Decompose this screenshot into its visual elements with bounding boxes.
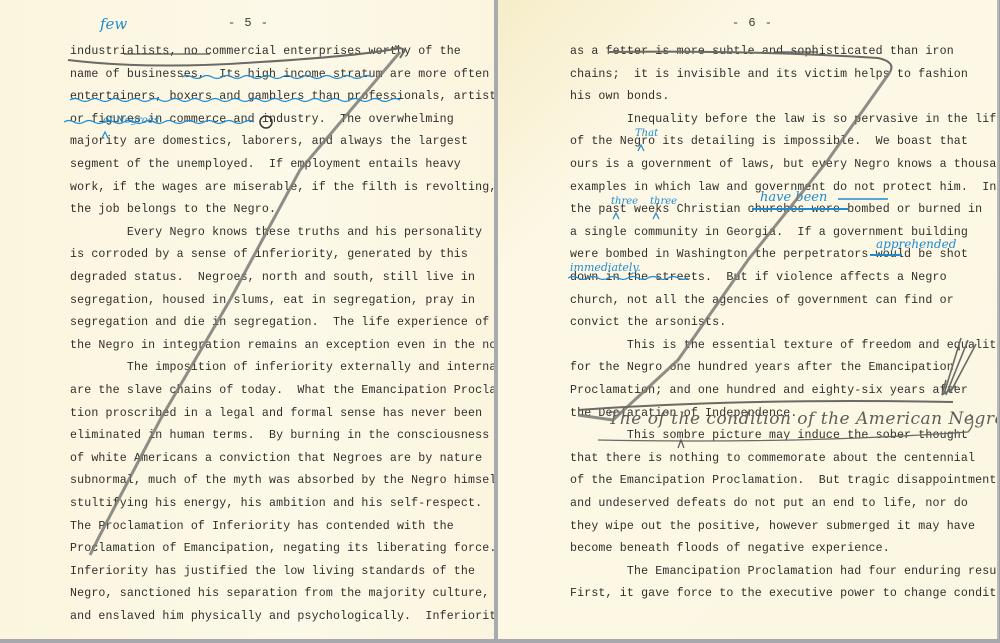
typed-line: that there is nothing to commemorate abo… [570,452,975,466]
typed-line: convict the arsonists. [570,316,726,330]
typed-line: Proclamation of Emancipation, negating i… [70,542,494,556]
typed-line: and enslaved him physically and psycholo… [70,610,494,624]
typed-line: The imposition of inferiority externally… [70,361,494,375]
typed-line: degraded status. Negroes, north and sout… [70,271,475,285]
typed-line: are the slave chains of today. What the … [70,384,494,398]
typed-line: The Proclamation of Inferiority has cont… [70,520,454,534]
typed-line: and undeserved defeats do not put an end… [570,497,968,511]
typed-line: First, it gave force to the executive po… [570,587,997,601]
page-6: - 6 - as a fetter is more subtle and sop… [498,0,997,639]
page-5: - 5 - industrialists, no commercial ente… [0,0,494,639]
typed-line: Negro, sanctioned his separation from th… [70,587,489,601]
typed-line: become beneath floods of negative experi… [570,542,890,556]
typed-line: of the Negro its detailing is impossible… [570,135,968,149]
typed-line: tion proscribed in a legal and formal se… [70,407,482,421]
page-shadow [0,639,1000,643]
typed-line: segregation, housed in slums, eat in seg… [70,294,475,308]
typed-line: church, not all the agencies of governme… [570,294,954,308]
typed-line: as a fetter is more subtle and sophistic… [570,45,954,59]
typed-line: for the Negro one hundred years after th… [570,361,954,375]
typed-line: segment of the unemployed. If employment… [70,158,461,172]
typed-line: Proclamation; and one hundred and eighty… [570,384,968,398]
typed-line: of white Americans a conviction that Neg… [70,452,482,466]
typed-line: the job belongs to the Negro. [70,203,276,217]
typed-line: Inequality before the law is so pervasiv… [570,113,997,127]
typed-line: This sombre picture may induce the sober… [570,429,968,443]
handwritten-insertion-few: few [100,18,127,30]
typed-line: eliminated in human terms. By burning in… [70,429,489,443]
typed-line: chains; it is invisible and its victim h… [570,68,968,82]
typed-line: the Negro in integration remains an exce… [70,339,494,353]
typed-line: name of businesses, Its high income stra… [70,68,489,82]
typed-line: entertainers, boxers and gamblers than p… [70,90,494,104]
typed-line: ours is a government of laws, but every … [570,158,997,172]
typed-line: his own bonds. [570,90,670,104]
typed-line: industrialists, no commercial enterprise… [70,45,461,59]
typed-line: subnormal, much of the myth was absorbed… [70,474,494,488]
handwritten-insertion-that: That [635,128,658,140]
handwritten-insertion-of-negroes: of Negroes [103,115,159,127]
handwritten-insertion-three: three [650,196,677,208]
page-number: - 5 - [228,16,269,30]
handwritten-insertion-have-been: have been [760,192,827,204]
page-number: - 6 - [732,16,773,30]
typed-line: Every Negro knows these truths and his p… [70,226,482,240]
pencil-insertion-american-negro-today: The of the condition of the American Neg… [608,413,997,425]
typed-line: This is the essential texture of freedom… [570,339,997,353]
typed-line: they wipe out the positive, however subm… [570,520,975,534]
typed-line: is corroded by a sense of inferiority, g… [70,248,468,262]
typed-line: work, if the wages are miserable, if the… [70,181,494,195]
typed-line: Inferiority has justified the low living… [70,565,475,579]
typed-line: segregation and die in segregation. The … [70,316,489,330]
handwritten-insertion-immediately: immediately. [570,262,641,274]
typed-line: majority are domestics, laborers, and al… [70,135,468,149]
handwritten-insertion-apprehended: apprehended [876,238,956,250]
handwritten-insertion-three: three [611,196,638,208]
typed-line: of the Emancipation Proclamation. But tr… [570,474,997,488]
typed-line: stultifying his energy, his ambition and… [70,497,482,511]
typed-line: The Emancipation Proclamation had four e… [570,565,997,579]
